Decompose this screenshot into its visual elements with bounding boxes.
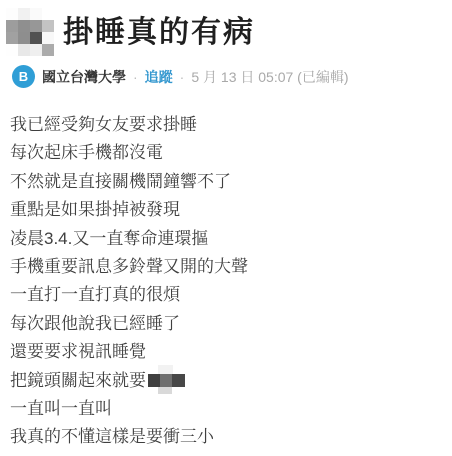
- post-title-row: 掛睡真的有病: [0, 0, 452, 56]
- post-body-text: 手機重要訊息多鈴聲又開的大聲: [10, 257, 248, 276]
- mosaic-cell: [6, 20, 18, 32]
- separator-dot: ·: [133, 69, 138, 85]
- post-body-line: 一直叫一直叫: [10, 395, 452, 423]
- mosaic-cell: [160, 374, 172, 387]
- mosaic-cell: [42, 32, 54, 44]
- post-title: 掛睡真的有病: [63, 13, 255, 52]
- post-body-line: 一直打一直打真的很煩: [10, 281, 452, 309]
- mosaic-cell: [158, 365, 173, 374]
- post-body-line: 手機重要訊息多鈴聲又開的大聲: [10, 253, 452, 281]
- mosaic-cell: [42, 44, 54, 56]
- post-timestamp: 5 月 13 日 05:07 (已編輯): [191, 67, 348, 87]
- post-body: 我已經受夠女友要求掛睡每次起床手機都沒電不然就是直接關機鬧鐘響不了重點是如果掛掉…: [10, 111, 452, 452]
- post-page: 掛睡真的有病 B 國立台灣大學 · 追蹤 · 5 月 13 日 05:07 (已…: [0, 0, 452, 456]
- post-body-line: 凌晨3.4.又一直奪命連環摳: [10, 225, 452, 253]
- post-body-text: 每次跟他說我已經睡了: [10, 314, 180, 333]
- post-body-text: 凌晨3.4.又一直奪命連環摳: [10, 229, 208, 248]
- post-body-line: 把鏡頭關起來就要: [10, 367, 452, 395]
- censored-text-mosaic: [148, 374, 185, 387]
- mosaic-cell: [42, 8, 54, 20]
- mosaic-cell: [18, 44, 30, 56]
- post-body-text: 一直叫一直叫: [10, 399, 112, 418]
- post-body-text: 一直打一直打真的很煩: [10, 285, 180, 304]
- post-body-text: 還要要求視訊睡覺: [10, 342, 146, 361]
- censored-username-mosaic: [6, 8, 54, 56]
- avatar[interactable]: B: [12, 65, 35, 88]
- post-body-line: 每次起床手機都沒電: [10, 139, 452, 167]
- post-body-text: 我已經受夠女友要求掛睡: [10, 115, 197, 134]
- mosaic-cell: [30, 32, 42, 44]
- mosaic-cell: [30, 44, 42, 56]
- post-body-text: 不然就是直接關機鬧鐘響不了: [10, 172, 231, 191]
- mosaic-cell: [6, 8, 18, 20]
- mosaic-cell: [6, 44, 18, 56]
- mosaic-cell: [18, 20, 30, 32]
- author-school[interactable]: 國立台灣大學: [42, 67, 126, 87]
- post-meta-row: B 國立台灣大學 · 追蹤 · 5 月 13 日 05:07 (已編輯): [12, 65, 452, 88]
- mosaic-cell: [6, 32, 18, 44]
- mosaic-cell: [148, 374, 160, 387]
- post-body-line: 還要要求視訊睡覺: [10, 338, 452, 366]
- mosaic-cell: [42, 20, 54, 32]
- mosaic-cell: [18, 32, 30, 44]
- separator-dot: ·: [180, 69, 185, 85]
- post-body-line: 我真的不懂這樣是要衝三小: [10, 423, 452, 451]
- mosaic-cell: [158, 387, 172, 394]
- post-body-line: 我已經受夠女友要求掛睡: [10, 111, 452, 139]
- post-body-text: 重點是如果掛掉被發現: [10, 200, 180, 219]
- post-body-line: 不然就是直接關機鬧鐘響不了: [10, 168, 452, 196]
- follow-link[interactable]: 追蹤: [145, 67, 173, 87]
- post-body-text: 把鏡頭關起來就要: [10, 371, 146, 390]
- mosaic-cell: [30, 20, 42, 32]
- post-body-text: 每次起床手機都沒電: [10, 143, 163, 162]
- mosaic-cell: [30, 8, 42, 20]
- post-body-text: 我真的不懂這樣是要衝三小: [10, 427, 214, 446]
- mosaic-cell: [18, 8, 30, 20]
- post-body-line: 每次跟他說我已經睡了: [10, 310, 452, 338]
- mosaic-cell: [172, 374, 185, 387]
- post-body-line: 重點是如果掛掉被發現: [10, 196, 452, 224]
